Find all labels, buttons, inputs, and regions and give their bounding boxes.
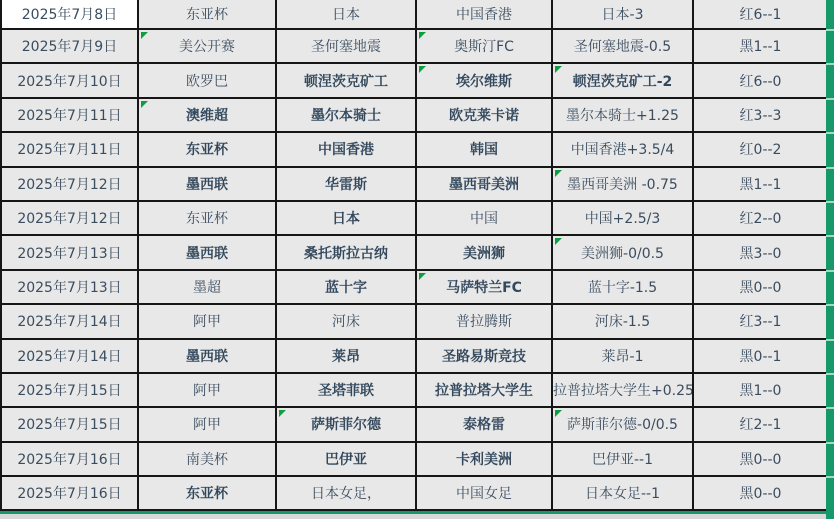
- league-text: 欧罗巴: [186, 74, 228, 90]
- home-team-text: 日本: [332, 7, 360, 23]
- handicap-cell[interactable]: 河床-1.5: [552, 304, 693, 338]
- date-cell[interactable]: 2025年7月12日: [1, 201, 138, 235]
- league-cell[interactable]: 东亚杯: [138, 0, 276, 29]
- date-cell[interactable]: 2025年7月15日: [1, 407, 138, 441]
- error-check-marker-icon: [555, 170, 562, 177]
- date-text: 2025年7月14日: [17, 349, 121, 365]
- result-cell[interactable]: 黑1--1: [693, 167, 827, 201]
- table-row: 2025年7月15日阿甲圣塔菲联拉普拉塔大学生拉普拉塔大学生+0.25黑1--0: [1, 373, 827, 407]
- handicap-text: 美洲狮-0/0.5: [581, 246, 664, 262]
- result-cell[interactable]: 黑0--1: [693, 339, 827, 373]
- result-cell[interactable]: 黑0--0: [693, 270, 827, 304]
- match-results-table: 2025年7月8日东亚杯日本中国香港日本-3红6--12025年7月9日美公开赛…: [0, 0, 827, 511]
- date-text: 2025年7月11日: [17, 108, 121, 124]
- result-cell[interactable]: 红6--0: [693, 63, 827, 97]
- handicap-text: 圣何塞地震-0.5: [574, 39, 671, 55]
- date-cell[interactable]: 2025年7月15日: [1, 373, 138, 407]
- away-team-cell[interactable]: 圣路易斯竞技: [416, 339, 552, 373]
- handicap-cell[interactable]: 蓝十字-1.5: [552, 270, 693, 304]
- league-cell[interactable]: 欧罗巴: [138, 63, 276, 97]
- league-cell[interactable]: 墨西联: [138, 167, 276, 201]
- handicap-cell[interactable]: 日本女足--1: [552, 476, 693, 510]
- gridline-tick: [826, 201, 834, 203]
- away-team-text: 中国女足: [456, 486, 512, 502]
- league-text: 墨超: [193, 280, 221, 296]
- league-text: 东亚杯: [186, 486, 228, 502]
- gridline-tick: [826, 407, 834, 409]
- gridline-tick: [826, 270, 834, 272]
- league-cell[interactable]: 东亚杯: [138, 476, 276, 510]
- home-team-text: 日本女足，: [311, 486, 381, 502]
- gridline-tick: [826, 63, 834, 65]
- home-team-text: 河床: [332, 314, 360, 330]
- result-text: 黑0--0: [740, 486, 782, 502]
- away-team-text: 拉普拉塔大学生: [435, 383, 533, 399]
- away-team-cell[interactable]: 中国香港: [416, 0, 552, 29]
- league-text: 美公开赛: [179, 39, 235, 55]
- table-row: 2025年7月8日东亚杯日本中国香港日本-3红6--1: [1, 0, 827, 29]
- home-team-text: 中国香港: [318, 142, 374, 158]
- league-text: 东亚杯: [186, 211, 228, 227]
- result-cell[interactable]: 红0--2: [693, 132, 827, 166]
- gridline-tick: [826, 304, 834, 306]
- result-cell[interactable]: 红3--1: [693, 304, 827, 338]
- gridline-tick: [826, 476, 834, 478]
- result-text: 红0--2: [740, 142, 782, 158]
- result-cell[interactable]: 黑1--0: [693, 373, 827, 407]
- result-cell[interactable]: 红2--1: [693, 407, 827, 441]
- date-text: 2025年7月16日: [17, 452, 121, 468]
- result-text: 红2--1: [740, 417, 782, 433]
- away-team-text: 中国香港: [456, 7, 512, 23]
- handicap-text: 日本-3: [602, 7, 644, 23]
- home-team-cell[interactable]: 日本女足，: [276, 476, 416, 510]
- away-team-cell[interactable]: 墨西哥美洲: [416, 167, 552, 201]
- home-team-text: 华雷斯: [325, 177, 367, 193]
- sheet-right-edge: [826, 0, 834, 519]
- home-team-text: 桑托斯拉古纳: [304, 246, 388, 262]
- date-text: 2025年7月12日: [17, 177, 121, 193]
- result-cell[interactable]: 黑0--0: [693, 442, 827, 476]
- league-cell[interactable]: 东亚杯: [138, 132, 276, 166]
- home-team-cell[interactable]: 中国香港: [276, 132, 416, 166]
- date-text: 2025年7月10日: [17, 74, 121, 90]
- home-team-cell[interactable]: 蓝十字: [276, 270, 416, 304]
- handicap-text: 墨尔本骑士+1.25: [566, 108, 679, 124]
- league-cell[interactable]: 美公开赛: [138, 29, 276, 63]
- result-text: 黑3--0: [740, 246, 782, 262]
- away-team-text: 墨西哥美洲: [449, 177, 519, 193]
- result-cell[interactable]: 红6--1: [693, 0, 827, 29]
- away-team-cell[interactable]: 卡利美洲: [416, 442, 552, 476]
- league-text: 阿甲: [193, 314, 221, 330]
- error-check-marker-icon: [279, 410, 286, 417]
- handicap-cell[interactable]: 墨西哥美洲 -0.75: [552, 167, 693, 201]
- league-cell[interactable]: 阿甲: [138, 304, 276, 338]
- home-team-text: 蓝十字: [325, 280, 367, 296]
- away-team-text: 马萨特兰FC: [446, 280, 522, 296]
- date-text: 2025年7月15日: [17, 383, 121, 399]
- date-text: 2025年7月14日: [17, 314, 121, 330]
- home-team-cell[interactable]: 华雷斯: [276, 167, 416, 201]
- handicap-text: 顿涅茨克矿工-2: [573, 74, 673, 90]
- away-team-text: 圣路易斯竞技: [442, 349, 526, 365]
- result-cell[interactable]: 黑0--0: [693, 476, 827, 510]
- date-cell[interactable]: 2025年7月11日: [1, 132, 138, 166]
- table-row: 2025年7月16日南美杯巴伊亚卡利美洲巴伊亚--1黑0--0: [1, 442, 827, 476]
- handicap-text: 中国香港+3.5/4: [571, 142, 675, 158]
- handicap-text: 莱昂-1: [602, 349, 644, 365]
- league-cell[interactable]: 墨超: [138, 270, 276, 304]
- away-team-cell[interactable]: 中国: [416, 201, 552, 235]
- home-team-cell[interactable]: 桑托斯拉古纳: [276, 235, 416, 269]
- home-team-text: 圣何塞地震: [311, 39, 381, 55]
- away-team-text: 卡利美洲: [456, 452, 512, 468]
- date-cell[interactable]: 2025年7月13日: [1, 235, 138, 269]
- away-team-cell[interactable]: 美洲狮: [416, 235, 552, 269]
- away-team-cell[interactable]: 中国女足: [416, 476, 552, 510]
- handicap-cell[interactable]: 顿涅茨克矿工-2: [552, 63, 693, 97]
- error-check-marker-icon: [555, 238, 562, 245]
- date-cell[interactable]: 2025年7月8日: [1, 0, 138, 29]
- away-team-cell[interactable]: 韩国: [416, 132, 552, 166]
- home-team-text: 巴伊亚: [325, 452, 367, 468]
- error-check-marker-icon: [141, 32, 148, 39]
- table-row: 2025年7月14日墨西联莱昂圣路易斯竞技莱昂-1黑0--1: [1, 339, 827, 373]
- result-text: 黑0--0: [740, 452, 782, 468]
- handicap-cell[interactable]: 萨斯菲尔德-0/0.5: [552, 407, 693, 441]
- table-row: 2025年7月12日墨西联华雷斯墨西哥美洲墨西哥美洲 -0.75黑1--1: [1, 167, 827, 201]
- gridline-tick: [826, 132, 834, 134]
- home-team-cell[interactable]: 莱昂: [276, 339, 416, 373]
- away-team-text: 泰格雷: [463, 417, 505, 433]
- result-cell[interactable]: 红2--0: [693, 201, 827, 235]
- date-cell[interactable]: 2025年7月13日: [1, 270, 138, 304]
- table-row: 2025年7月13日墨超蓝十字马萨特兰FC蓝十字-1.5黑0--0: [1, 270, 827, 304]
- date-cell[interactable]: 2025年7月14日: [1, 304, 138, 338]
- league-cell[interactable]: 澳维超: [138, 98, 276, 132]
- away-team-cell[interactable]: 拉普拉塔大学生: [416, 373, 552, 407]
- gridline-tick: [826, 167, 834, 169]
- home-team-cell[interactable]: 圣塔菲联: [276, 373, 416, 407]
- date-text: 2025年7月13日: [17, 280, 121, 296]
- error-check-marker-icon: [555, 66, 562, 73]
- table-row: 2025年7月10日欧罗巴顿涅茨克矿工埃尔维斯顿涅茨克矿工-2红6--0: [1, 63, 827, 97]
- date-text: 2025年7月8日: [22, 7, 117, 23]
- date-text: 2025年7月15日: [17, 417, 121, 433]
- table-row: 2025年7月11日东亚杯中国香港韩国中国香港+3.5/4红0--2: [1, 132, 827, 166]
- home-team-cell[interactable]: 日本: [276, 0, 416, 29]
- league-cell[interactable]: 东亚杯: [138, 201, 276, 235]
- date-text: 2025年7月13日: [17, 246, 121, 262]
- handicap-text: 墨西哥美洲 -0.75: [567, 177, 678, 193]
- league-cell[interactable]: 南美杯: [138, 442, 276, 476]
- home-team-text: 萨斯菲尔德: [311, 417, 381, 433]
- gridline-tick: [826, 373, 834, 375]
- date-cell[interactable]: 2025年7月16日: [1, 476, 138, 510]
- league-text: 墨西联: [186, 177, 228, 193]
- home-team-cell[interactable]: 日本: [276, 201, 416, 235]
- home-team-cell[interactable]: 河床: [276, 304, 416, 338]
- away-team-text: 欧克莱卡诺: [449, 108, 519, 124]
- away-team-cell[interactable]: 奥斯汀FC: [416, 29, 552, 63]
- result-cell[interactable]: 黑3--0: [693, 235, 827, 269]
- home-team-cell[interactable]: 萨斯菲尔德: [276, 407, 416, 441]
- date-cell[interactable]: 2025年7月16日: [1, 442, 138, 476]
- league-cell[interactable]: 墨西联: [138, 339, 276, 373]
- gridline-tick: [826, 339, 834, 341]
- league-cell[interactable]: 阿甲: [138, 373, 276, 407]
- handicap-cell[interactable]: 中国+2.5/3: [552, 201, 693, 235]
- error-check-marker-icon: [141, 101, 148, 108]
- away-team-text: 美洲狮: [463, 246, 505, 262]
- date-text: 2025年7月12日: [17, 211, 121, 227]
- league-text: 墨西联: [186, 246, 228, 262]
- league-text: 澳维超: [186, 108, 228, 124]
- result-text: 黑0--0: [740, 280, 782, 296]
- result-text: 黑1--0: [740, 383, 782, 399]
- date-cell[interactable]: 2025年7月14日: [1, 339, 138, 373]
- results-table-body: 2025年7月8日东亚杯日本中国香港日本-3红6--12025年7月9日美公开赛…: [1, 0, 827, 510]
- home-team-text: 顿涅茨克矿工: [304, 74, 388, 90]
- handicap-text: 日本女足--1: [585, 486, 660, 502]
- gridline-tick: [826, 29, 834, 31]
- date-cell[interactable]: 2025年7月10日: [1, 63, 138, 97]
- table-row: 2025年7月16日东亚杯日本女足，中国女足日本女足--1黑0--0: [1, 476, 827, 510]
- error-check-marker-icon: [555, 410, 562, 417]
- home-team-cell[interactable]: 顿涅茨克矿工: [276, 63, 416, 97]
- handicap-text: 蓝十字-1.5: [588, 280, 657, 296]
- away-team-cell[interactable]: 普拉腾斯: [416, 304, 552, 338]
- handicap-cell[interactable]: 美洲狮-0/0.5: [552, 235, 693, 269]
- handicap-text: 中国+2.5/3: [585, 211, 661, 227]
- handicap-text: 萨斯菲尔德-0/0.5: [567, 417, 678, 433]
- away-team-cell[interactable]: 马萨特兰FC: [416, 270, 552, 304]
- handicap-cell[interactable]: 墨尔本骑士+1.25: [552, 98, 693, 132]
- away-team-text: 中国: [470, 211, 498, 227]
- result-text: 黑0--1: [740, 349, 782, 365]
- table-row: 2025年7月13日墨西联桑托斯拉古纳美洲狮美洲狮-0/0.5黑3--0: [1, 235, 827, 269]
- handicap-cell[interactable]: 圣何塞地震-0.5: [552, 29, 693, 63]
- league-text: 东亚杯: [186, 142, 228, 158]
- away-team-text: 普拉腾斯: [456, 314, 512, 330]
- date-text: 2025年7月11日: [17, 142, 121, 158]
- home-team-text: 莱昂: [332, 349, 360, 365]
- handicap-cell[interactable]: 巴伊亚--1: [552, 442, 693, 476]
- handicap-cell[interactable]: 中国香港+3.5/4: [552, 132, 693, 166]
- table-row: 2025年7月15日阿甲萨斯菲尔德泰格雷萨斯菲尔德-0/0.5红2--1: [1, 407, 827, 441]
- spreadsheet-view: 2025年7月8日东亚杯日本中国香港日本-3红6--12025年7月9日美公开赛…: [0, 0, 834, 519]
- handicap-cell[interactable]: 莱昂-1: [552, 339, 693, 373]
- error-check-marker-icon: [419, 66, 426, 73]
- home-team-cell[interactable]: 圣何塞地震: [276, 29, 416, 63]
- handicap-text: 河床-1.5: [595, 314, 650, 330]
- home-team-cell[interactable]: 巴伊亚: [276, 442, 416, 476]
- sheet-bottom-edge: [0, 511, 834, 514]
- result-text: 黑1--1: [740, 177, 782, 193]
- away-team-text: 奥斯汀FC: [454, 39, 514, 55]
- result-cell[interactable]: 黑1--1: [693, 29, 827, 63]
- handicap-text: 拉普拉塔大学生+0.25: [553, 383, 693, 399]
- table-row: 2025年7月11日澳维超墨尔本骑士欧克莱卡诺墨尔本骑士+1.25红3--3: [1, 98, 827, 132]
- date-text: 2025年7月9日: [22, 39, 117, 55]
- result-text: 红3--3: [740, 108, 782, 124]
- league-text: 墨西联: [186, 349, 228, 365]
- result-text: 红2--0: [740, 211, 782, 227]
- away-team-cell[interactable]: 欧克莱卡诺: [416, 98, 552, 132]
- home-team-cell[interactable]: 墨尔本骑士: [276, 98, 416, 132]
- league-text: 阿甲: [193, 417, 221, 433]
- home-team-text: 墨尔本骑士: [311, 108, 381, 124]
- result-text: 红6--1: [740, 7, 782, 23]
- error-check-marker-icon: [419, 273, 426, 280]
- gridline-tick: [826, 442, 834, 444]
- league-cell[interactable]: 墨西联: [138, 235, 276, 269]
- gridline-tick: [826, 98, 834, 100]
- date-cell[interactable]: 2025年7月12日: [1, 167, 138, 201]
- error-check-marker-icon: [419, 32, 426, 39]
- away-team-text: 埃尔维斯: [456, 74, 512, 90]
- handicap-text: 巴伊亚--1: [592, 452, 653, 468]
- below-table-area: [0, 514, 826, 519]
- league-text: 东亚杯: [186, 7, 228, 23]
- table-row: 2025年7月12日东亚杯日本中国中国+2.5/3红2--0: [1, 201, 827, 235]
- handicap-cell[interactable]: 日本-3: [552, 0, 693, 29]
- handicap-cell[interactable]: 拉普拉塔大学生+0.25: [552, 373, 693, 407]
- away-team-text: 韩国: [470, 142, 498, 158]
- result-cell[interactable]: 红3--3: [693, 98, 827, 132]
- result-text: 黑1--1: [740, 39, 782, 55]
- date-cell[interactable]: 2025年7月11日: [1, 98, 138, 132]
- home-team-text: 日本: [332, 211, 360, 227]
- date-cell[interactable]: 2025年7月9日: [1, 29, 138, 63]
- result-text: 红6--0: [740, 74, 782, 90]
- table-row: 2025年7月9日美公开赛圣何塞地震奥斯汀FC圣何塞地震-0.5黑1--1: [1, 29, 827, 63]
- league-text: 阿甲: [193, 383, 221, 399]
- date-text: 2025年7月16日: [17, 486, 121, 502]
- table-row: 2025年7月14日阿甲河床普拉腾斯河床-1.5红3--1: [1, 304, 827, 338]
- league-cell[interactable]: 阿甲: [138, 407, 276, 441]
- gridline-tick: [826, 235, 834, 237]
- away-team-cell[interactable]: 泰格雷: [416, 407, 552, 441]
- league-text: 南美杯: [186, 452, 228, 468]
- away-team-cell[interactable]: 埃尔维斯: [416, 63, 552, 97]
- result-text: 红3--1: [740, 314, 782, 330]
- home-team-text: 圣塔菲联: [318, 383, 374, 399]
